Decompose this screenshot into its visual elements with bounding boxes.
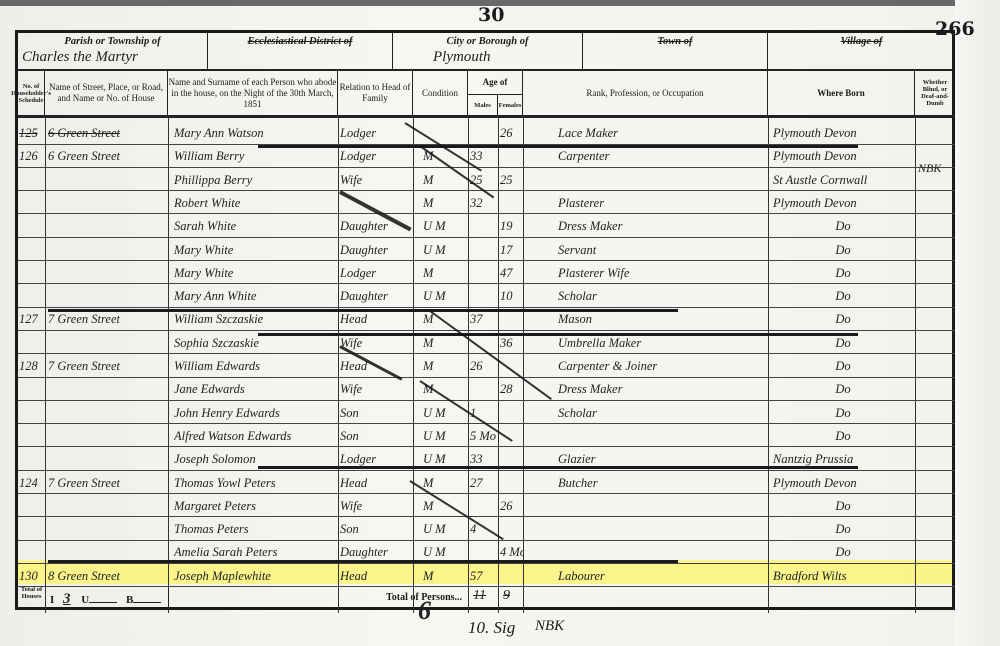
village-label: Village of <box>768 36 955 47</box>
col-relation: Relation to Head of Family <box>338 71 413 118</box>
cell-name: Robert White <box>174 193 336 213</box>
cell-blind <box>917 193 953 213</box>
cell-females: 25 <box>500 170 524 190</box>
cell-born: Do <box>773 542 913 562</box>
cell-street <box>48 403 166 423</box>
cell-blind <box>917 449 953 469</box>
cell-relation: Daughter <box>340 286 412 306</box>
table-row: Mary WhiteLodgerM47Plasterer WifeDo <box>18 261 955 285</box>
ecclesiastical-cell: Ecclesiastical District of <box>208 33 393 71</box>
cell-name: Mary Ann White <box>174 286 336 306</box>
cell-condition: U M <box>423 519 467 539</box>
cell-street: 6 Green Street <box>48 123 166 143</box>
cell-males: 57 <box>470 566 498 586</box>
cell-blind <box>917 286 953 306</box>
page-number-center: 30 <box>478 4 504 26</box>
blind-annotation: NBK <box>918 161 941 176</box>
cell-street <box>48 170 166 190</box>
cell-name: Mary White <box>174 263 336 283</box>
cell-schedule <box>19 216 45 236</box>
census-form: Parish or Township of Charles the Martyr… <box>15 30 955 610</box>
cell-born: Plymouth Devon <box>773 146 913 166</box>
cell-schedule <box>19 403 45 423</box>
table-row: 1308 Green StreetJoseph MaplewhiteHeadM5… <box>18 564 955 588</box>
cell-name: Margaret Peters <box>174 496 336 516</box>
cell-born: St Austle Cornwall <box>773 170 913 190</box>
table-row: Jane EdwardsWifeM28Dress MakerDo <box>18 377 955 401</box>
houses-inhabited: I 3 U B <box>50 591 161 608</box>
table-row: Mary WhiteDaughterU M17ServantDo <box>18 238 955 262</box>
cell-females: 26 <box>500 496 524 516</box>
cell-street: 7 Green Street <box>48 309 166 329</box>
cell-blind <box>917 263 953 283</box>
cell-street <box>48 193 166 213</box>
cell-name: Phillippa Berry <box>174 170 336 190</box>
col-age: Age of <box>468 71 523 95</box>
cell-occupation <box>548 496 773 516</box>
table-row: 1247 Green StreetThomas Yowl PetersHeadM… <box>18 471 955 495</box>
parish-value: Charles the Martyr <box>22 49 138 66</box>
cell-street <box>48 333 166 353</box>
cell-street <box>48 519 166 539</box>
village-cell: Village of <box>768 33 955 71</box>
cell-born: Do <box>773 379 913 399</box>
cell-born: Do <box>773 426 913 446</box>
cell-occupation: Lace Maker <box>548 123 773 143</box>
cell-occupation: Carpenter & Joiner <box>548 356 773 376</box>
cell-relation: Son <box>340 519 412 539</box>
cell-schedule <box>19 263 45 283</box>
cell-street <box>48 426 166 446</box>
col-females: Females <box>498 95 523 118</box>
cell-name: William Szczaskie <box>174 309 336 329</box>
col-name: Name and Surname of each Person who abod… <box>168 71 338 118</box>
cell-blind <box>917 473 953 493</box>
cell-relation: Head <box>340 473 412 493</box>
cell-condition: M <box>423 473 467 493</box>
cell-born: Bradford Wilts <box>773 566 913 586</box>
cell-condition: M <box>423 566 467 586</box>
cell-street <box>48 240 166 260</box>
cell-females <box>500 519 524 539</box>
cell-males <box>470 123 498 143</box>
cell-street: 7 Green Street <box>48 356 166 376</box>
cell-blind <box>917 333 953 353</box>
cell-schedule <box>19 449 45 469</box>
cell-born: Do <box>773 403 913 423</box>
cell-name: John Henry Edwards <box>174 403 336 423</box>
cell-occupation: Scholar <box>548 286 773 306</box>
table-row: Alfred Watson EdwardsSonU M5 MoDo <box>18 424 955 448</box>
cell-condition: U M <box>423 426 467 446</box>
cell-relation: Lodger <box>340 123 412 143</box>
table-row: 1287 Green StreetWilliam EdwardsHeadM26C… <box>18 354 955 378</box>
cell-occupation: Plasterer Wife <box>548 263 773 283</box>
cell-schedule <box>19 379 45 399</box>
cell-blind <box>917 379 953 399</box>
cell-born: Do <box>773 356 913 376</box>
col-occupation: Rank, Profession, or Occupation <box>523 71 768 118</box>
cell-name: William Berry <box>174 146 336 166</box>
cell-condition: M <box>423 263 467 283</box>
cell-street <box>48 263 166 283</box>
total-overwrite: 6 <box>418 596 431 626</box>
table-row: John Henry EdwardsSonU M1ScholarDo <box>18 401 955 425</box>
cell-born: Do <box>773 240 913 260</box>
footer-initials: NBK <box>535 618 564 635</box>
cell-schedule <box>19 496 45 516</box>
cell-blind <box>917 216 953 236</box>
col-street: Name of Street, Place, or Road, and Name… <box>45 71 168 118</box>
cell-females: 47 <box>500 263 524 283</box>
ecclesiastical-label: Ecclesiastical District of <box>208 36 392 47</box>
cell-born: Plymouth Devon <box>773 123 913 143</box>
scan-edge-right <box>955 0 1000 646</box>
cell-street: 7 Green Street <box>48 473 166 493</box>
cell-males: 25 <box>470 170 498 190</box>
cell-street: 6 Green Street <box>48 146 166 166</box>
cell-females: 26 <box>500 123 524 143</box>
cell-relation: Lodger <box>340 263 412 283</box>
total-houses-label: Total of Houses <box>18 586 46 610</box>
cell-males <box>470 240 498 260</box>
cell-occupation <box>548 519 773 539</box>
cell-schedule <box>19 170 45 190</box>
total-females: 9 <box>503 588 510 604</box>
cell-males <box>470 496 498 516</box>
cell-relation: Wife <box>340 496 412 516</box>
cell-males: 1 <box>470 403 498 423</box>
cell-blind <box>917 519 953 539</box>
cell-name: Sarah White <box>174 216 336 236</box>
cell-females <box>500 403 524 423</box>
town-cell: Town of <box>583 33 768 71</box>
cell-occupation: Carpenter <box>548 146 773 166</box>
cell-occupation <box>548 170 773 190</box>
cell-blind <box>917 356 953 376</box>
cell-occupation: Scholar <box>548 403 773 423</box>
cell-born: Plymouth Devon <box>773 193 913 213</box>
totals-row: Total of Houses I 3 U B Total of Persons… <box>18 586 955 610</box>
cell-males <box>470 286 498 306</box>
cell-condition: M <box>423 356 467 376</box>
col-blind: Whether Blind, or Deaf-and-Dumb <box>915 71 955 118</box>
cell-occupation: Butcher <box>548 473 773 493</box>
cell-males <box>470 216 498 236</box>
cell-females: 10 <box>500 286 524 306</box>
cell-schedule: 127 <box>19 309 45 329</box>
borough-cell: City or Borough of Plymouth <box>393 33 583 71</box>
cell-born: Do <box>773 496 913 516</box>
cell-relation: Head <box>340 566 412 586</box>
col-males: Males <box>468 95 498 118</box>
cell-schedule <box>19 426 45 446</box>
cell-name: Mary White <box>174 240 336 260</box>
col-schedule: No. of Householder's Schedule <box>18 71 45 118</box>
borough-label: City or Borough of <box>393 36 582 47</box>
cell-females <box>500 473 524 493</box>
cell-condition: M <box>423 193 467 213</box>
cell-relation: Son <box>340 426 412 446</box>
cell-females: 19 <box>500 216 524 236</box>
cell-males: 37 <box>470 309 498 329</box>
parish-cell: Parish or Township of Charles the Martyr <box>18 33 208 71</box>
table-row: Mary Ann WhiteDaughterU M10ScholarDo <box>18 284 955 308</box>
cell-street <box>48 216 166 236</box>
census-page: 30 266 Parish or Township of Charles the… <box>0 0 1000 646</box>
cell-females <box>500 309 524 329</box>
cell-name: Thomas Yowl Peters <box>174 473 336 493</box>
cell-born: Do <box>773 263 913 283</box>
cell-schedule: 130 <box>19 566 45 586</box>
cell-schedule: 124 <box>19 473 45 493</box>
cell-blind <box>917 309 953 329</box>
cell-blind <box>917 542 953 562</box>
cell-relation: Son <box>340 403 412 423</box>
cell-name: Joseph Maplewhite <box>174 566 336 586</box>
total-males: 11 <box>473 588 486 604</box>
cell-relation: Wife <box>340 379 412 399</box>
table-row: Sarah WhiteDaughterU M19Dress MakerDo <box>18 214 955 238</box>
cell-females: 28 <box>500 379 524 399</box>
cell-name: William Edwards <box>174 356 336 376</box>
cell-condition: U M <box>423 216 467 236</box>
parish-label: Parish or Township of <box>18 36 207 47</box>
cell-born: Do <box>773 309 913 329</box>
cell-occupation: Dress Maker <box>548 216 773 236</box>
town-label: Town of <box>583 36 767 47</box>
cell-street: 8 Green Street <box>48 566 166 586</box>
table-row: 1256 Green StreetMary Ann WatsonLodger26… <box>18 121 955 145</box>
cell-males <box>470 263 498 283</box>
cell-males: 33 <box>470 146 498 166</box>
cell-born: Plymouth Devon <box>773 473 913 493</box>
cell-relation: Head <box>340 309 412 329</box>
cell-schedule: 128 <box>19 356 45 376</box>
cell-blind <box>917 566 953 586</box>
footer-note: 10. Sig <box>468 618 515 638</box>
cell-schedule <box>19 286 45 306</box>
cell-born: Do <box>773 519 913 539</box>
cell-females <box>500 566 524 586</box>
cell-occupation: Mason <box>548 309 773 329</box>
cell-street <box>48 496 166 516</box>
cell-males: 27 <box>470 473 498 493</box>
col-condition: Condition <box>413 71 468 118</box>
cell-street <box>48 286 166 306</box>
cell-blind <box>917 496 953 516</box>
cell-schedule <box>19 542 45 562</box>
cell-females: 17 <box>500 240 524 260</box>
cell-relation: Daughter <box>340 240 412 260</box>
cell-street <box>48 379 166 399</box>
cell-name: Mary Ann Watson <box>174 123 336 143</box>
cell-name: Alfred Watson Edwards <box>174 426 336 446</box>
cell-schedule: 125 <box>19 123 45 143</box>
cell-schedule <box>19 333 45 353</box>
cell-relation: Lodger <box>340 146 412 166</box>
cell-schedule <box>19 519 45 539</box>
cell-blind <box>917 123 953 143</box>
cell-occupation: Dress Maker <box>548 379 773 399</box>
borough-value: Plymouth <box>433 49 491 66</box>
cell-males <box>470 379 498 399</box>
cell-relation: Wife <box>340 170 412 190</box>
cell-occupation <box>548 426 773 446</box>
cell-born: Do <box>773 286 913 306</box>
cell-condition: U M <box>423 286 467 306</box>
cell-blind <box>917 403 953 423</box>
cell-females <box>500 146 524 166</box>
col-where-born: Where Born <box>768 71 915 118</box>
cell-schedule: 126 <box>19 146 45 166</box>
table-row: Margaret PetersWifeM26Do <box>18 494 955 518</box>
cell-schedule <box>19 240 45 260</box>
cell-occupation: Labourer <box>548 566 773 586</box>
cell-blind <box>917 240 953 260</box>
cell-occupation: Servant <box>548 240 773 260</box>
cell-schedule <box>19 193 45 213</box>
cell-blind <box>917 426 953 446</box>
cell-street <box>48 449 166 469</box>
cell-condition: U M <box>423 240 467 260</box>
cell-name: Thomas Peters <box>174 519 336 539</box>
cell-females <box>500 193 524 213</box>
cell-occupation: Plasterer <box>548 193 773 213</box>
table-row: Phillippa BerryWifeM2525St Austle Cornwa… <box>18 168 955 192</box>
cell-name: Jane Edwards <box>174 379 336 399</box>
cell-born: Do <box>773 216 913 236</box>
